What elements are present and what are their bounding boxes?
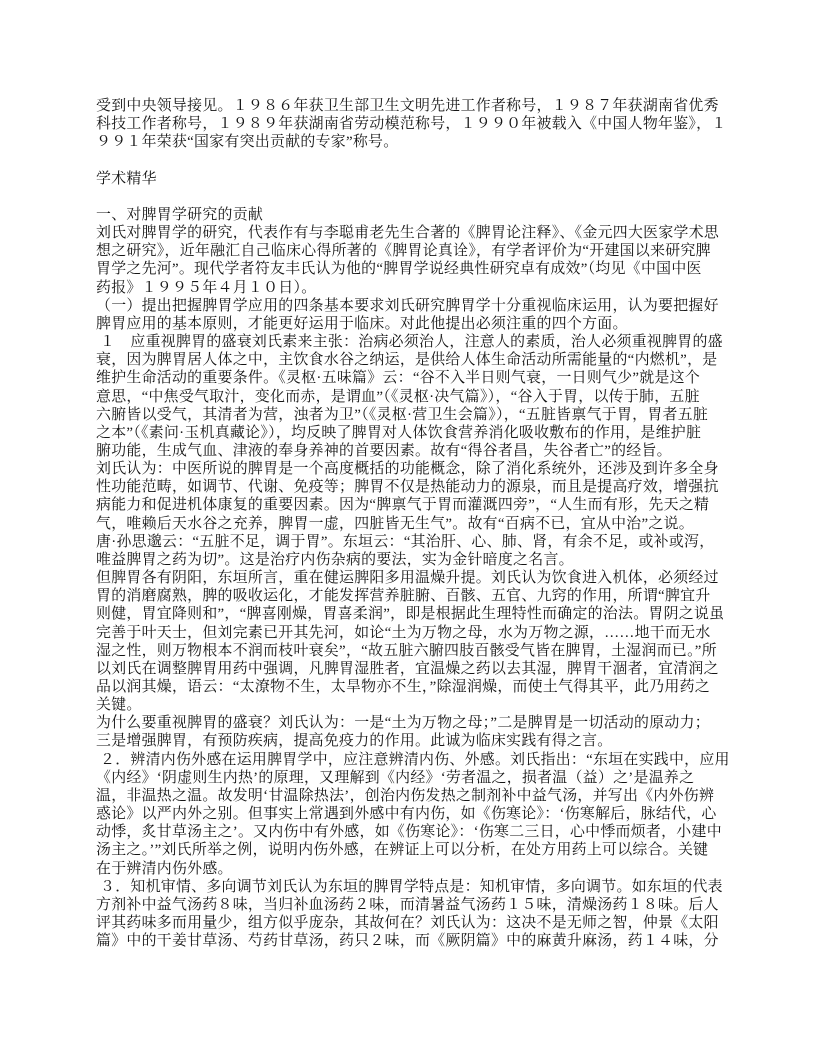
text-line: 受到中央领导接见。１９８６年获卫生部卫生文明先进工作者称号，１９８７年获湖南省优… — [96, 97, 728, 115]
text-line: 汤主之。’”刘氏所举之例，说明内伤外感，在辨证上可以分析，在处方用药上可以综合。… — [96, 841, 728, 859]
text-line: ９９１年荣获“国家有突出贡献的专家”称号。 — [96, 133, 728, 151]
text-line: 完善于叶天士，但刘完素已开其先河，如论“土为万物之母，水为万物之源，……地干而无… — [96, 624, 728, 642]
text-line: 病能力和促进机体康复的重要因素。因为“脾禀气于胃而灌溉四旁”，“人生而有形，先天… — [96, 496, 728, 514]
heading-spleen-stomach-contribution: 一、对脾胃学研究的贡献 — [96, 206, 728, 224]
text-line: 关键。 — [96, 696, 728, 714]
text-line: 方剂补中益气汤药８味，当归补血汤药２味，而清暑益气汤药１５味，清燥汤药１８味。后… — [96, 896, 728, 914]
document-text-block: 受到中央领导接见。１９８６年获卫生部卫生文明先进工作者称号，１９８７年获湖南省优… — [96, 97, 728, 950]
text-line: 刘氏认为：中医所说的脾胃是一个高度概括的功能概念，除了消化系统外，还涉及到许多全… — [96, 460, 728, 478]
text-line: 想之研究》，近年融汇自己临床心得所著的《脾胃论真诠》，有学者评价为“开建国以来研… — [96, 242, 728, 260]
text-line: 衰，因为脾胃居人体之中，主饮食水谷之纳运，是供给人体生命活动所需能量的“内燃机”… — [96, 351, 728, 369]
text-line: 科技工作者称号，１９８９年获湖南省劳动模范称号，１９９０年被载入《中国人物年鉴》… — [96, 115, 728, 133]
text-line: 意思，“中焦受气取汁，变化而赤，是谓血”（《灵枢·决气篇》），“谷入于胃，以传于… — [96, 388, 728, 406]
text-line: ２．辨清内伤外感在运用脾胃学中，应注意辨清内伤、外感。刘氏指出：“东垣在实践中，… — [96, 751, 728, 769]
text-line: 气，唯赖后天水谷之充养，脾胃一虚，四脏皆无生气”。故有“百病不已，宜从中治”之说… — [96, 515, 728, 533]
text-line: 品以润其燥，语云：“太潦物不生，太旱物亦不生，”除湿润燥，而使土气得其平，此乃用… — [96, 678, 728, 696]
text-line: 药报》１９９５年４月１０日）。 — [96, 279, 728, 297]
text-line: 动悸，炙甘草汤主之’。又内伤中有外感，如《伤寒论》：‘伤寒二三日，心中悸而烦者，… — [96, 823, 728, 841]
text-line: 刘氏对脾胃学的研究，代表作有与李聪甫老先生合著的《脾胃论注释》、《金元四大医家学… — [96, 224, 728, 242]
text-line: 湿之性，则万物根本不润而枝叶衰矣”，“故五脏六腑四肢百骸受气皆在脾胃，土湿润而已… — [96, 642, 728, 660]
text-line: （一）提出把握脾胃学应用的四条基本要求刘氏研究脾胃学十分重视临床运用，认为要把握… — [96, 297, 728, 315]
text-line: 之本”（《素问·玉机真藏论》），均反映了脾胃对人体饮食营养消化吸收敷布的作用，是… — [96, 424, 728, 442]
heading-academic-essence: 学术精华 — [96, 170, 728, 188]
text-line: １ 应重视脾胃的盛衰刘氏素来主张：治病必须治人，注意人的素质，治人必须重视脾胃的… — [96, 333, 728, 351]
text-line: 在于辨清内伤外感。 — [96, 860, 728, 878]
text-line: 以刘氏在调整脾胃用药中强调，凡脾胃湿胜者，宜温燥之药以去其湿，脾胃干涸者，宜清润… — [96, 660, 728, 678]
text-line: 则健，胃宜降则和”，“脾喜刚燥，胃喜柔润”，即是根据此生理特性而确定的治法。胃阴… — [96, 605, 728, 623]
text-line: 性功能范畴，如调节、代谢、免疫等；脾胃不仅是热能动力的源泉，而且是提高疗效，增强… — [96, 478, 728, 496]
text-line: 唐·孙思邈云：“五脏不足，调于胃”。东垣云：“其治肝、心、肺、肾，有余不足，或补… — [96, 533, 728, 551]
text-line: 评其药味多而用量少，组方似乎庞杂，其故何在？刘氏认为：这决不是无师之智，仲景《太… — [96, 914, 728, 932]
text-line: 篇》中的干姜甘草汤、芍药甘草汤，药只２味，而《厥阴篇》中的麻黄升麻汤，药１４味，… — [96, 932, 728, 950]
document-page: 受到中央领导接见。１９８６年获卫生部卫生文明先进工作者称号，１９８７年获湖南省优… — [0, 0, 816, 1056]
text-line: 惑论》以严内外之别。但事实上常遇到外感中有内伤，如《伤寒论》：‘伤寒解后，脉结代… — [96, 805, 728, 823]
text-line: ３．知机审情、多向调节刘氏认为东垣的脾胃学特点是：知机审情，多向调节。如东垣的代… — [96, 878, 728, 896]
text-line: 维护生命活动的重要条件。《灵枢·五味篇》云：“谷不入半日则气衰，一日则气少”就是… — [96, 369, 728, 387]
text-line: 六腑皆以受气，其清者为营，浊者为卫”（《灵枢·营卫生会篇》），“五脏皆禀气于胃，… — [96, 406, 728, 424]
blank-line — [96, 188, 728, 206]
text-line: 三是增强脾胃，有预防疾病，提高免疫力的作用。此诚为临床实践有得之言。 — [96, 732, 728, 750]
text-line: 为什么要重视脾胃的盛衰？刘氏认为：一是“土为万物之母；”二是脾胃是一切活动的原动… — [96, 714, 728, 732]
text-line: 腑功能，生成气血、津液的奉身养神的首要因素。故有“得谷者昌，失谷者亡”的经旨。 — [96, 442, 728, 460]
text-line: 胃学之先河”。现代学者符友丰氏认为他的“脾胃学说经典性研究卓有成效”（均见《中国… — [96, 260, 728, 278]
text-line: 《内经》‘阴虚则生内热’的原理，又理解到《内经》‘劳者温之，损者温（益）之’是温… — [96, 769, 728, 787]
blank-line — [96, 151, 728, 169]
text-line: 温，非温热之温。故发明‘甘温除热法’，创治内伤发热之制剂补中益气汤，并写出《内外… — [96, 787, 728, 805]
text-line: 胃的消磨腐熟，脾的吸收运化，才能发挥营养脏腑、百骸、五官、九窍的作用，所谓“脾宜… — [96, 587, 728, 605]
text-line: 但脾胃各有阴阳，东垣所言，重在健运脾阳多用温燥升提。刘氏认为饮食进入机体，必须经… — [96, 569, 728, 587]
text-line: 脾胃应用的基本原则，才能更好运用于临床。对此他提出必须注重的四个方面。 — [96, 315, 728, 333]
text-line: 唯益脾胃之药为切”。这是治疗内伤杂病的要法，实为金针暗度之名言。 — [96, 551, 728, 569]
